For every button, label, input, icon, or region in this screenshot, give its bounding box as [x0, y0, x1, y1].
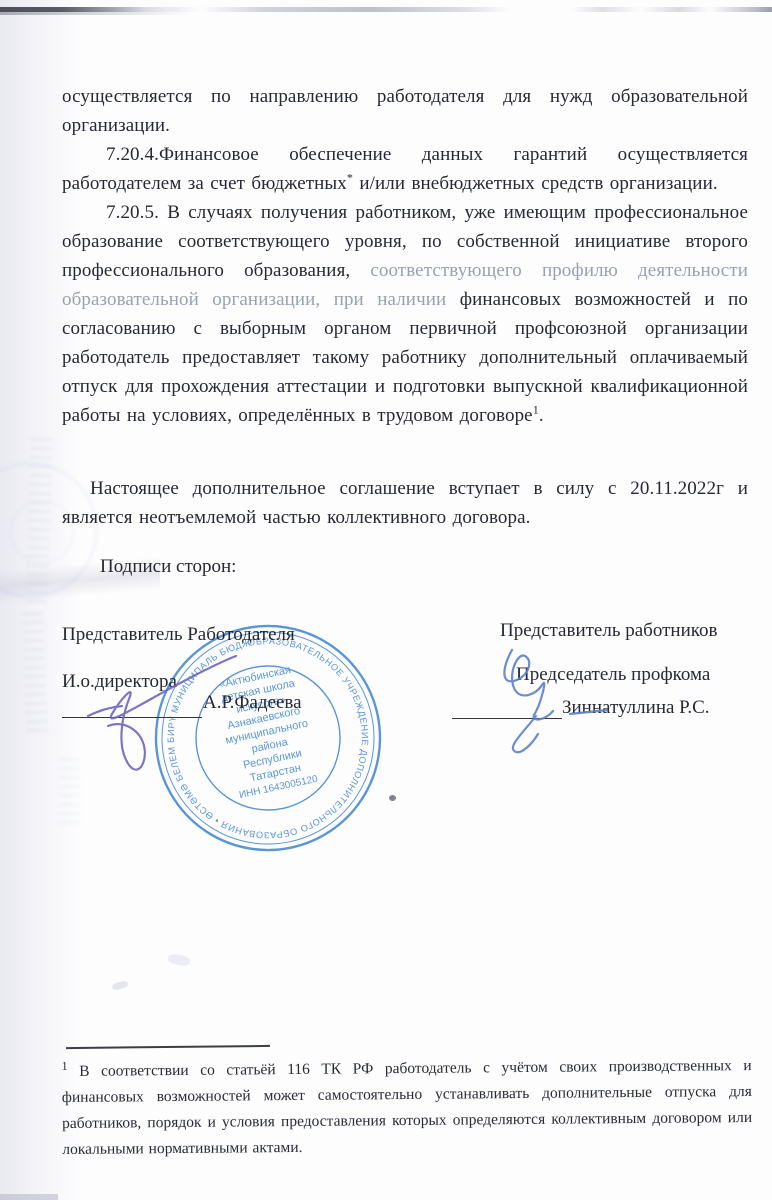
workers-position-label: Председатель профкома — [516, 664, 710, 686]
official-stamp: ОБРАЗОВАТЕЛЬНОЕ УЧРЕЖДЕНИЕ ДОПОЛНИТЕЛЬНО… — [126, 596, 411, 881]
scanner-artifact-bottom — [0, 1194, 58, 1200]
workers-signature-line — [452, 701, 562, 719]
scanned-document-page: осуществляется по направлению работодате… — [0, 0, 772, 1200]
ink-speck — [111, 980, 128, 991]
paragraph-7-20-5-period: . — [539, 405, 544, 426]
bleed-through-text-ghost — [22, 612, 48, 733]
paragraph-7-20-4: 7.20.4.Финансовое обеспечение данных гар… — [62, 140, 748, 198]
employer-signature-line — [62, 700, 202, 718]
bleed-through-text-ghost — [25, 438, 53, 609]
paragraph-7-20-4-text-end: и/или внебюджетных средств организации. — [353, 173, 718, 194]
footnote-text: В соответствии со статьёй 116 ТК РФ рабо… — [62, 1057, 752, 1158]
footnote-separator-rule — [66, 1045, 270, 1049]
ink-speck — [167, 953, 190, 967]
document-body: осуществляется по направлению работодате… — [62, 82, 748, 532]
scanner-artifact-strip — [0, 7, 772, 12]
footnote: 1 В соответствии со статьёй 116 ТК РФ ра… — [62, 1053, 753, 1163]
employer-signatory-name: А.Р.Фадеева — [203, 692, 302, 714]
paragraph-continuation: осуществляется по направлению работодате… — [62, 82, 748, 140]
bleed-through-text-ghost — [58, 758, 80, 828]
paragraph-7-20-5: 7.20.5. В случаях получения работником, … — [62, 198, 748, 430]
paragraph-effective-date: Настоящее дополнительное соглашение всту… — [62, 474, 748, 532]
workers-signatory-name: Зиннатуллина Р.С. — [562, 697, 710, 719]
signatures-heading: Подписи сторон: — [100, 556, 236, 578]
workers-party-label: Представитель работников — [500, 620, 717, 642]
scanner-artifact-strip-2 — [0, 12, 190, 15]
employer-position-label: И.о.директора — [62, 671, 177, 693]
